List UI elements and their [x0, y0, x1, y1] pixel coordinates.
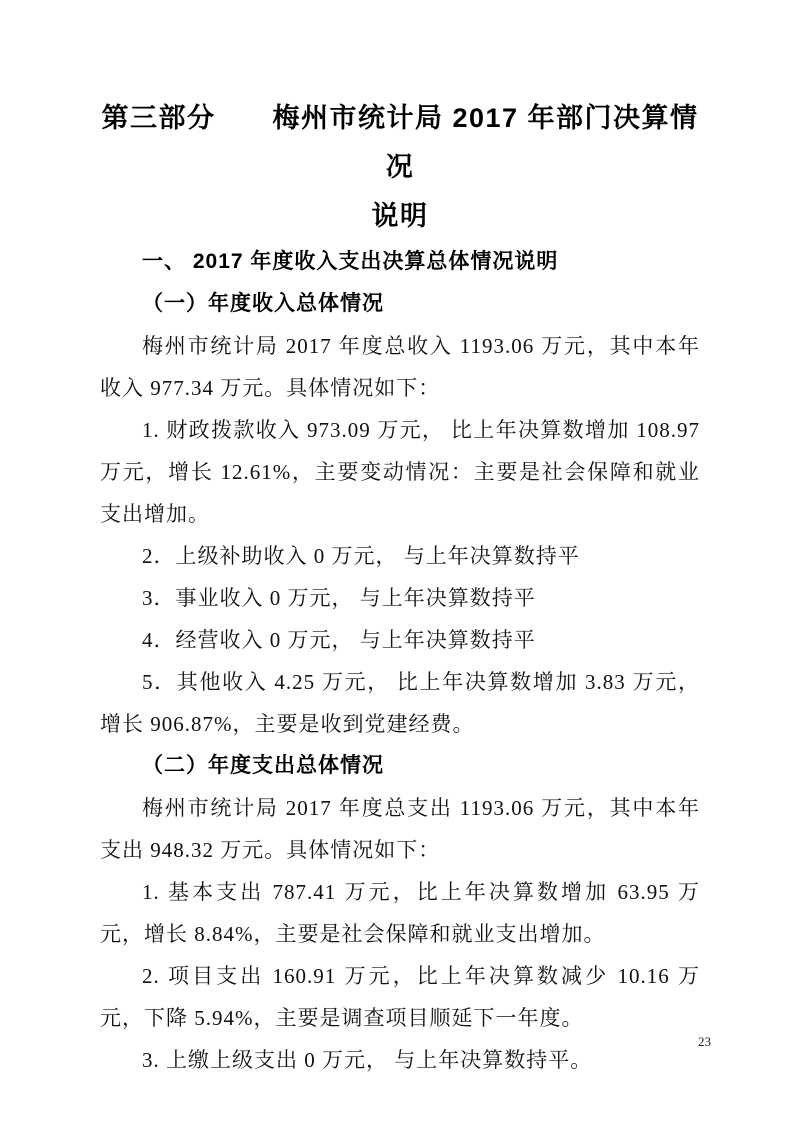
document-content: 第三部分 梅州市统计局 2017 年部门决算情况 说明 一、 2017 年度收入… — [100, 94, 700, 1081]
income-paragraph: 梅州市统计局 2017 年度总收入 1193.06 万元，其中本年收入 977.… — [100, 325, 700, 409]
income-paragraph: 3．事业收入 0 万元， 与上年决算数持平 — [100, 577, 700, 619]
document-title-line1: 第三部分 梅州市统计局 2017 年部门决算情况 — [100, 94, 700, 192]
expenditure-subheading: （二）年度支出总体情况 — [100, 745, 700, 787]
expenditure-paragraph: 1. 基本支出 787.41 万元，比上年决算数增加 63.95 万元，增长 8… — [100, 871, 700, 955]
section-1-heading: 一、 2017 年度收入支出决算总体情况说明 — [100, 241, 700, 283]
document-title: 第三部分 梅州市统计局 2017 年部门决算情况 说明 — [100, 94, 700, 241]
document-page: 第三部分 梅州市统计局 2017 年部门决算情况 说明 一、 2017 年度收入… — [0, 0, 793, 1122]
document-title-line2: 说明 — [100, 192, 700, 241]
page-number: 23 — [698, 1034, 711, 1050]
income-paragraph: 5．其他收入 4.25 万元， 比上年决算数增加 3.83 万元，增长 906.… — [100, 661, 700, 745]
income-subheading: （一）年度收入总体情况 — [100, 283, 700, 325]
income-paragraph: 1. 财政拨款收入 973.09 万元， 比上年决算数增加 108.97 万元，… — [100, 409, 700, 535]
expenditure-paragraph: 梅州市统计局 2017 年度总支出 1193.06 万元，其中本年支出 948.… — [100, 787, 700, 871]
expenditure-paragraph: 3. 上缴上级支出 0 万元， 与上年决算数持平。 — [100, 1039, 700, 1081]
expenditure-paragraph: 2. 项目支出 160.91 万元，比上年决算数减少 10.16 万元，下降 5… — [100, 955, 700, 1039]
income-paragraph: 2．上级补助收入 0 万元， 与上年决算数持平 — [100, 535, 700, 577]
income-paragraph: 4．经营收入 0 万元， 与上年决算数持平 — [100, 619, 700, 661]
